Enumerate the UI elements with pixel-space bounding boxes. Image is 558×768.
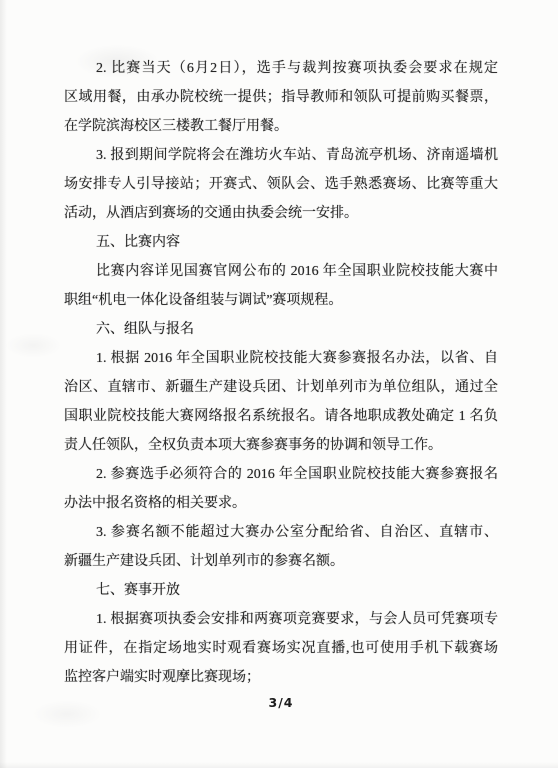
section-heading-event-open: 七、赛事开放 (64, 576, 498, 605)
text-line: 活动，从酒店到赛场的交通由执委会统一安排。 (64, 199, 498, 228)
document-body: 2. 比赛当天（6月2日），选手与裁判按赛项执委会要求在规定 区域用餐，由承办院… (64, 54, 498, 692)
text-line: 治区、直辖市、新疆生产建设兵团、计划单列市为单位组队，通过全 (64, 373, 498, 402)
section-heading-team-registration: 六、组队与报名 (64, 315, 498, 344)
text-line: 监控客户端实时观摩比赛现场； (64, 663, 498, 692)
text-line: 国职业院校技能大赛网络报名系统报名。请各地职成教处确定 1 名负 (64, 402, 498, 431)
text-line: 职组“机电一体化设备组装与调试”赛项规程。 (64, 286, 498, 315)
section-heading-competition-content: 五、比赛内容 (64, 228, 498, 257)
scanned-document-page: 2. 比赛当天（6月2日），选手与裁判按赛项执委会要求在规定 区域用餐，由承办院… (0, 0, 558, 768)
text-line: 场安排专人引导接站；开赛式、领队会、选手熟悉赛场、比赛等重大 (64, 170, 498, 199)
text-line: 1. 根据赛项执委会安排和两赛项竞赛要求，与会人员可凭赛项专 (64, 605, 498, 634)
text-line: 比赛内容详见国赛官网公布的 2016 年全国职业院校技能大赛中 (64, 257, 498, 286)
text-line: 用证件，在指定场地实时观看赛场实况直播,也可使用手机下载赛场 (64, 634, 498, 663)
text-line: 办法中报名资格的相关要求。 (64, 489, 498, 518)
text-line: 3. 参赛名额不能超过大赛办公室分配给省、自治区、直辖市、 (64, 518, 498, 547)
text-line: 2. 比赛当天（6月2日），选手与裁判按赛项执委会要求在规定 (64, 54, 498, 83)
text-line: 区域用餐，由承办院校统一提供；指导教师和领队可提前购买餐票， (64, 83, 498, 112)
text-line: 1. 根据 2016 年全国职业院校技能大赛参赛报名办法，以省、自 (64, 344, 498, 373)
text-line: 2. 参赛选手必须符合的 2016 年全国职业院校技能大赛参赛报名 (64, 460, 498, 489)
text-line: 新疆生产建设兵团、计划单列市的参赛名额。 (64, 547, 498, 576)
text-line: 在学院滨海校区三楼教工餐厅用餐。 (64, 112, 498, 141)
text-line: 责人任领队，全权负责本项大赛参赛事务的协调和领导工作。 (64, 431, 498, 460)
text-line: 3. 报到期间学院将会在潍坊火车站、青岛流亭机场、济南遥墙机 (64, 141, 498, 170)
page-number: 3/4 (64, 693, 498, 713)
